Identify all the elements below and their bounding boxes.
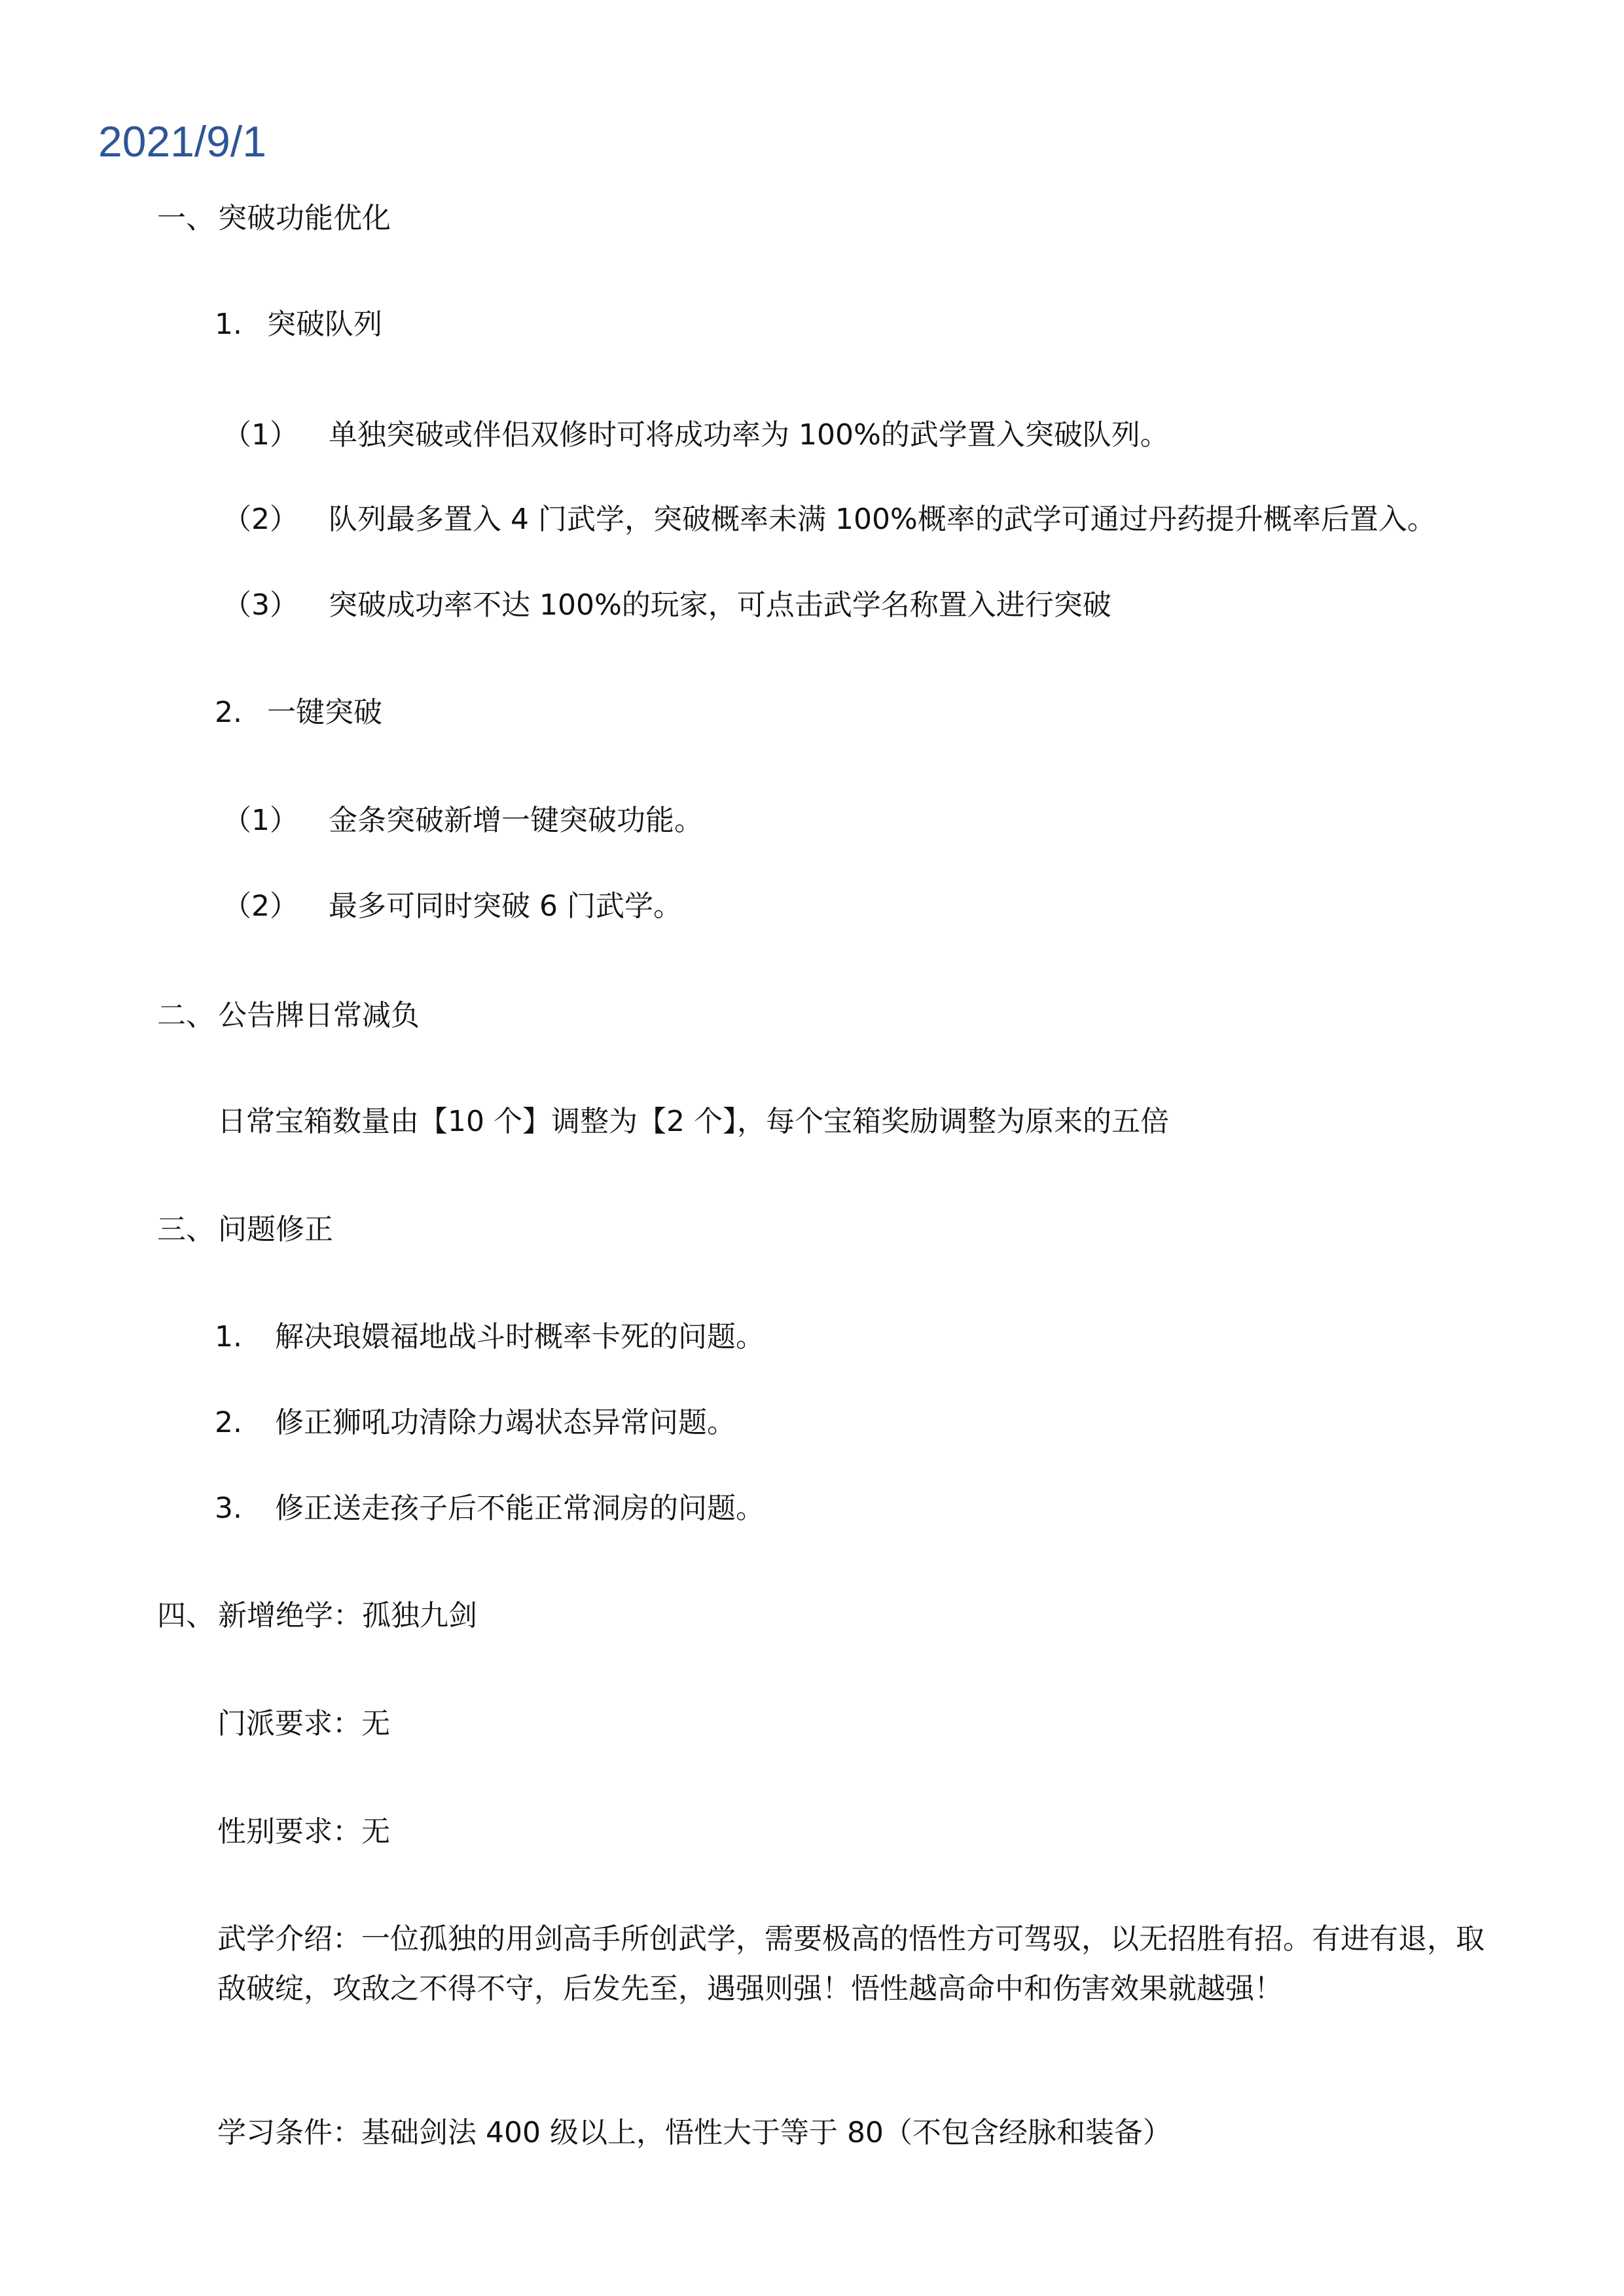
field-value: 无: [361, 1815, 390, 1848]
section-marker: 一、: [157, 200, 215, 237]
section-title: 突破功能优化: [218, 200, 391, 237]
item-text: 最多可同时突破 6 门武学。: [329, 888, 682, 925]
item-marker: （2）: [223, 888, 298, 925]
section-title: 新增绝学：孤独九剑: [218, 1598, 477, 1634]
item-text: 修正送走孩子后不能正常洞房的问题。: [275, 1490, 765, 1527]
item-text: 突破成功率不达 100%的玩家，可点击武学名称置入进行突破: [329, 587, 1111, 624]
field-label: 性别要求：: [217, 1815, 361, 1848]
date-heading: 2021/9/1: [98, 115, 266, 168]
section-marker: 四、: [157, 1598, 215, 1634]
subsection-marker: 1.: [215, 306, 242, 343]
field-value: 一位孤独的用剑高手所创武学，需要极高的悟性方可驾驭，以无招胜有招。有进有退，取敌…: [217, 1922, 1485, 2005]
section-marker: 三、: [157, 1211, 215, 1248]
section-title: 公告牌日常减负: [218, 997, 420, 1034]
item-marker: （2）: [223, 501, 298, 538]
subsection-marker: 2.: [215, 694, 242, 731]
subsection-title: 突破队列: [267, 306, 382, 343]
field-label: 门派要求：: [217, 1707, 361, 1740]
item-marker: （1）: [223, 802, 298, 839]
section-marker: 二、: [157, 997, 215, 1034]
item-text: 修正狮吼功清除力竭状态异常问题。: [275, 1405, 736, 1441]
field-skill-description: 武学介绍：一位孤独的用剑高手所创武学，需要极高的悟性方可驾驭，以无招胜有招。有进…: [217, 1914, 1500, 2014]
item-text: 金条突破新增一键突破功能。: [329, 802, 703, 839]
item-text: 单独突破或伴侣双修时可将成功率为 100%的武学置入突破队列。: [329, 417, 1169, 454]
item-marker: 1.: [215, 1319, 242, 1355]
item-text: 解决琅嬛福地战斗时概率卡死的问题。: [275, 1319, 765, 1355]
item-marker: （1）: [223, 417, 298, 454]
item-text: 队列最多置入 4 门武学，突破概率未满 100%概率的武学可通过丹药提升概率后置…: [329, 501, 1436, 538]
field-value: 无: [361, 1707, 390, 1740]
item-marker: 2.: [215, 1405, 242, 1441]
item-marker: （3）: [223, 587, 298, 624]
field-label: 学习条件：: [217, 2116, 361, 2149]
section-title: 问题修正: [218, 1211, 333, 1248]
subsection-title: 一键突破: [267, 694, 382, 731]
document-page: 2021/9/1 一、 突破功能优化 1. 突破队列 （1） 单独突破或伴侣双修…: [0, 0, 1624, 2296]
field-label: 武学介绍：: [217, 1922, 361, 1956]
body-text: 日常宝箱数量由【10 个】调整为【2 个】，每个宝箱奖励调整为原来的五倍: [217, 1103, 1169, 1140]
item-marker: 3.: [215, 1490, 242, 1527]
field-value: 基础剑法 400 级以上，悟性大于等于 80（不包含经脉和装备）: [361, 2116, 1172, 2149]
